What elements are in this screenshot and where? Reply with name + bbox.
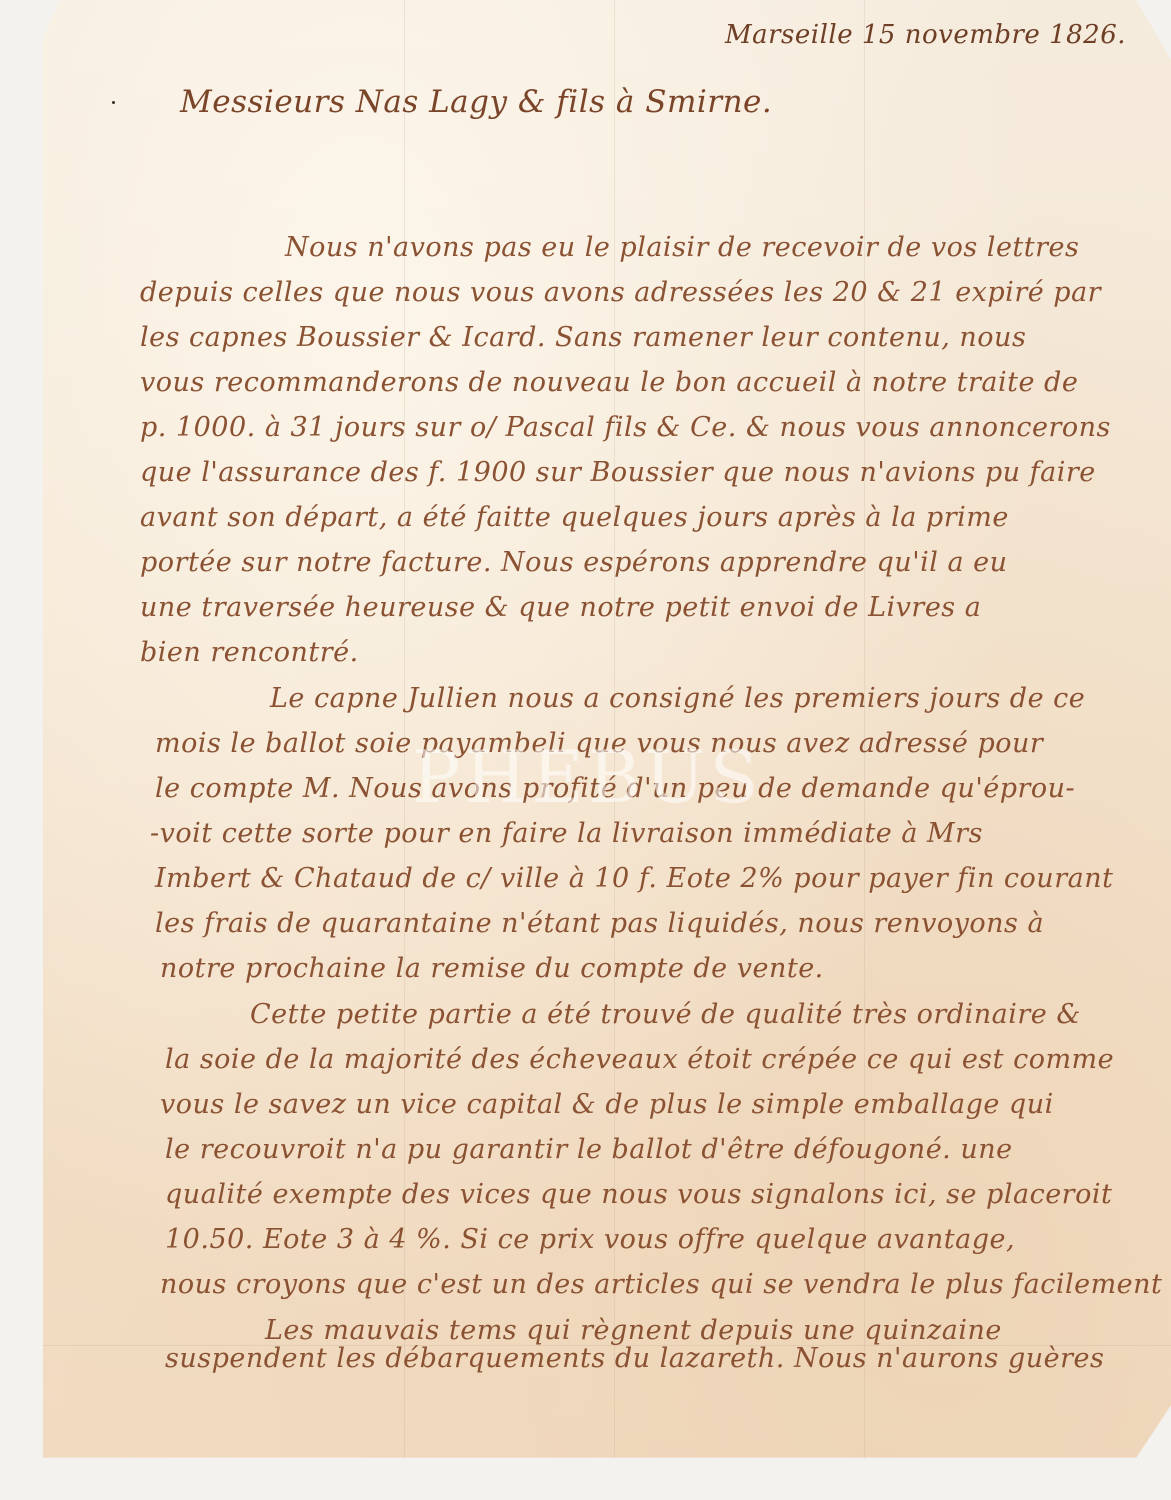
- letter-line: portée sur notre facture. Nous espérons …: [140, 547, 1008, 578]
- letter-line: Cette petite partie a été trouvé de qual…: [250, 999, 1081, 1030]
- letter-line: p. 1000. à 31 jours sur o/ Pascal fils &…: [140, 412, 1111, 443]
- letter-line: Imbert & Chataud de c/ ville à 10 f. Eot…: [155, 863, 1113, 894]
- letter-line: vous le savez un vice capital & de plus …: [160, 1089, 1054, 1120]
- letter-line: nous croyons que c'est un des articles q…: [160, 1269, 1162, 1300]
- letter-line: la soie de la majorité des écheveaux éto…: [165, 1044, 1114, 1075]
- letter-line: 10.50. Eote 3 à 4 %. Si ce prix vous off…: [165, 1224, 1015, 1255]
- letter-line: le compte M. Nous avons profité d'un peu…: [155, 773, 1075, 804]
- letter-line: suspendent les débarquements du lazareth…: [165, 1343, 1104, 1374]
- ink-dot: [112, 101, 115, 104]
- letter-line: que l'assurance des f. 1900 sur Boussier…: [140, 457, 1096, 488]
- letter-line: Nous n'avons pas eu le plaisir de recevo…: [285, 232, 1079, 263]
- letter-line: mois le ballot soie payambeli que vous n…: [155, 728, 1043, 759]
- letter-line: les frais de quarantaine n'étant pas liq…: [155, 908, 1044, 939]
- letter-line: Les mauvais tems qui règnent depuis une …: [265, 1315, 1002, 1346]
- salutation: Messieurs Nas Lagy & fils à Smirne.: [180, 84, 772, 120]
- date-line: Marseille 15 novembre 1826.: [725, 20, 1126, 50]
- letter-line: le recouvroit n'a pu garantir le ballot …: [165, 1134, 1013, 1165]
- letter-line: bien rencontré.: [140, 637, 359, 668]
- letter-line: vous recommanderons de nouveau le bon ac…: [140, 367, 1078, 398]
- letter-line: une traversée heureuse & que notre petit…: [140, 592, 981, 623]
- letter-line: Le capne Jullien nous a consigné les pre…: [270, 683, 1085, 714]
- letter-line: depuis celles que nous vous avons adress…: [140, 277, 1101, 308]
- letter-line: les capnes Boussier & Icard. Sans ramene…: [140, 322, 1026, 353]
- letter-line: notre prochaine la remise du compte de v…: [160, 953, 824, 984]
- letter-line: -voit cette sorte pour en faire la livra…: [150, 818, 983, 849]
- letter-line: avant son départ, a été faitte quelques …: [140, 502, 1009, 533]
- letter-line: qualité exempte des vices que nous vous …: [165, 1179, 1112, 1210]
